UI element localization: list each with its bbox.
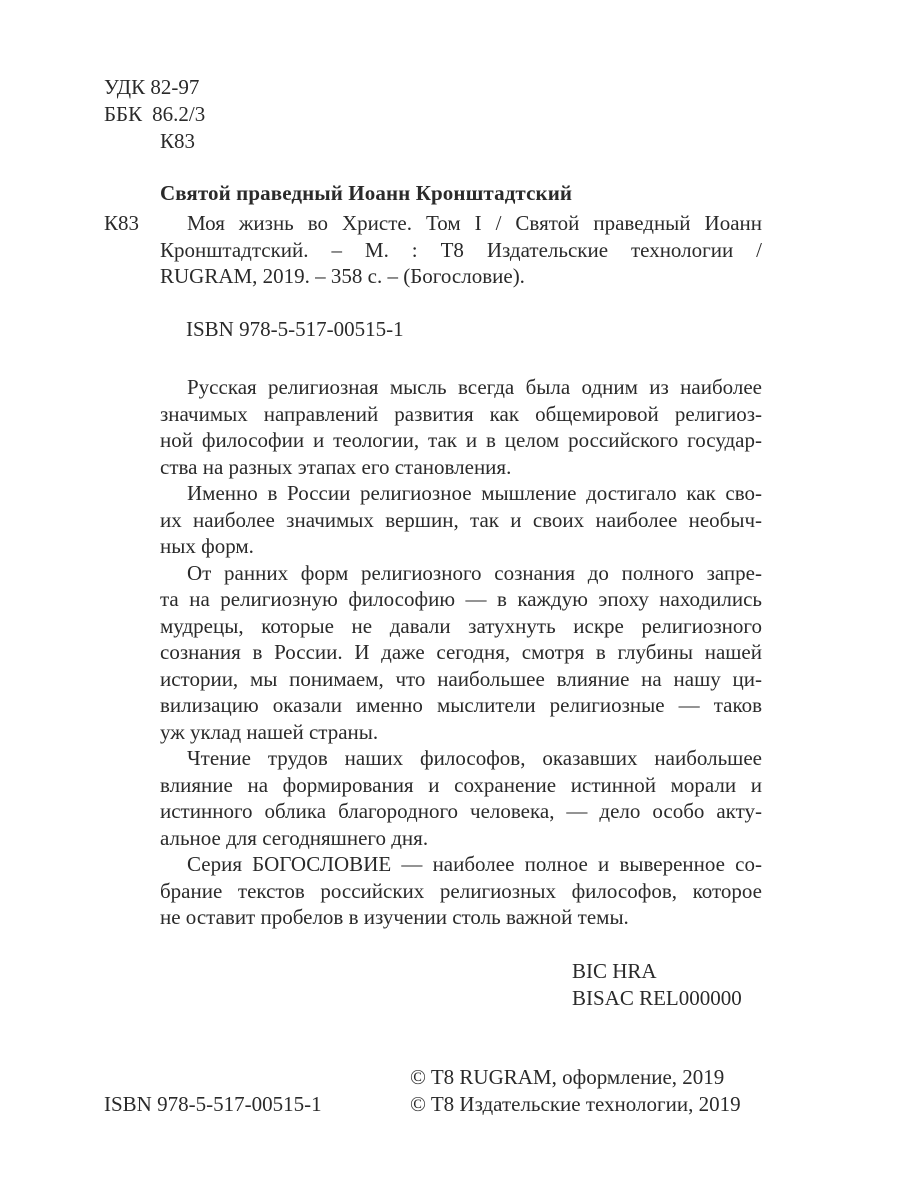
- annotation-paragraph: Серия БОГОСЛОВИЕ — наиболее полное и выв…: [160, 851, 762, 931]
- text-line: Русская религиозная мысль всегда была од…: [160, 374, 762, 401]
- text-line: Серия БОГОСЛОВИЕ — наиболее полное и выв…: [160, 851, 762, 878]
- text-line: не оставит пробелов в изучении столь важ…: [160, 904, 762, 931]
- author-mark-top: К83: [160, 128, 195, 155]
- udk-label: УДК: [104, 75, 145, 99]
- bisac-code: BISAC REL000000: [572, 985, 742, 1012]
- bib-line: Моя жизнь во Христе. Том I / Святой прав…: [160, 210, 762, 237]
- copyright-line: © T8 RUGRAM, оформление, 2019: [410, 1064, 741, 1091]
- text-line: вилизацию оказали именно мыслители религ…: [160, 692, 762, 719]
- bibliographic-description: Моя жизнь во Христе. Том I / Святой прав…: [160, 210, 762, 290]
- text-line: истинного облика благородного человека, …: [160, 798, 762, 825]
- udk-value: 82-97: [150, 75, 199, 99]
- text-line: та на религиозную философию — в каждую э…: [160, 586, 762, 613]
- text-line: истории, мы понимаем, что наибольшее вли…: [160, 666, 762, 693]
- annotation-paragraph: Чтение трудов наших философов, оказавших…: [160, 745, 762, 851]
- author-heading: Святой праведный Иоанн Кронштадтский: [160, 180, 572, 207]
- text-line: Именно в России религиозное мышление дос…: [160, 480, 762, 507]
- bbk-classification: ББК86.2/3: [104, 101, 205, 128]
- author-mark-side: К83: [104, 210, 139, 237]
- text-line: Чтение трудов наших философов, оказавших…: [160, 745, 762, 772]
- isbn-main: ISBN 978-5-517-00515-1: [186, 316, 404, 343]
- text-line: ства на разных этапах его становления.: [160, 454, 762, 481]
- bic-code: BIC HRA: [572, 958, 742, 985]
- text-line: От ранних форм религиозного сознания до …: [160, 560, 762, 587]
- annotation: Русская религиозная мысль всегда была од…: [160, 374, 762, 931]
- bbk-label: ББК: [104, 102, 142, 126]
- copyright-line: © T8 Издательские технологии, 2019: [410, 1091, 741, 1118]
- annotation-paragraph: От ранних форм религиозного сознания до …: [160, 560, 762, 746]
- subject-codes: BIC HRA BISAC REL000000: [572, 958, 742, 1011]
- bib-line: Кронштадтский. – М. : T8 Издательские те…: [160, 237, 762, 264]
- annotation-paragraph: Именно в России религиозное мышление дос…: [160, 480, 762, 560]
- text-line: их наиболее значимых вершин, так и своих…: [160, 507, 762, 534]
- text-line: уж уклад нашей страны.: [160, 719, 762, 746]
- annotation-paragraph: Русская религиозная мысль всегда была од…: [160, 374, 762, 480]
- text-line: значимых направлений развития как общеми…: [160, 401, 762, 428]
- text-line: мудрецы, которые не давали затухнуть иск…: [160, 613, 762, 640]
- bib-line: RUGRAM, 2019. – 358 с. – (Богословие).: [160, 263, 762, 290]
- copyright-block: © T8 RUGRAM, оформление, 2019 © T8 Издат…: [410, 1064, 741, 1117]
- text-line: брание текстов российских религиозных фи…: [160, 878, 762, 905]
- isbn-bottom: ISBN 978-5-517-00515-1: [104, 1091, 322, 1118]
- text-line: ных форм.: [160, 533, 762, 560]
- text-line: ной философии и теологии, так и в целом …: [160, 427, 762, 454]
- bbk-value: 86.2/3: [152, 102, 205, 126]
- udk-classification: УДК 82-97: [104, 74, 199, 101]
- text-line: сознания в России. И даже сегодня, смотр…: [160, 639, 762, 666]
- text-line: влияние на формирования и сохранение ист…: [160, 772, 762, 799]
- text-line: альное для сегодняшнего дня.: [160, 825, 762, 852]
